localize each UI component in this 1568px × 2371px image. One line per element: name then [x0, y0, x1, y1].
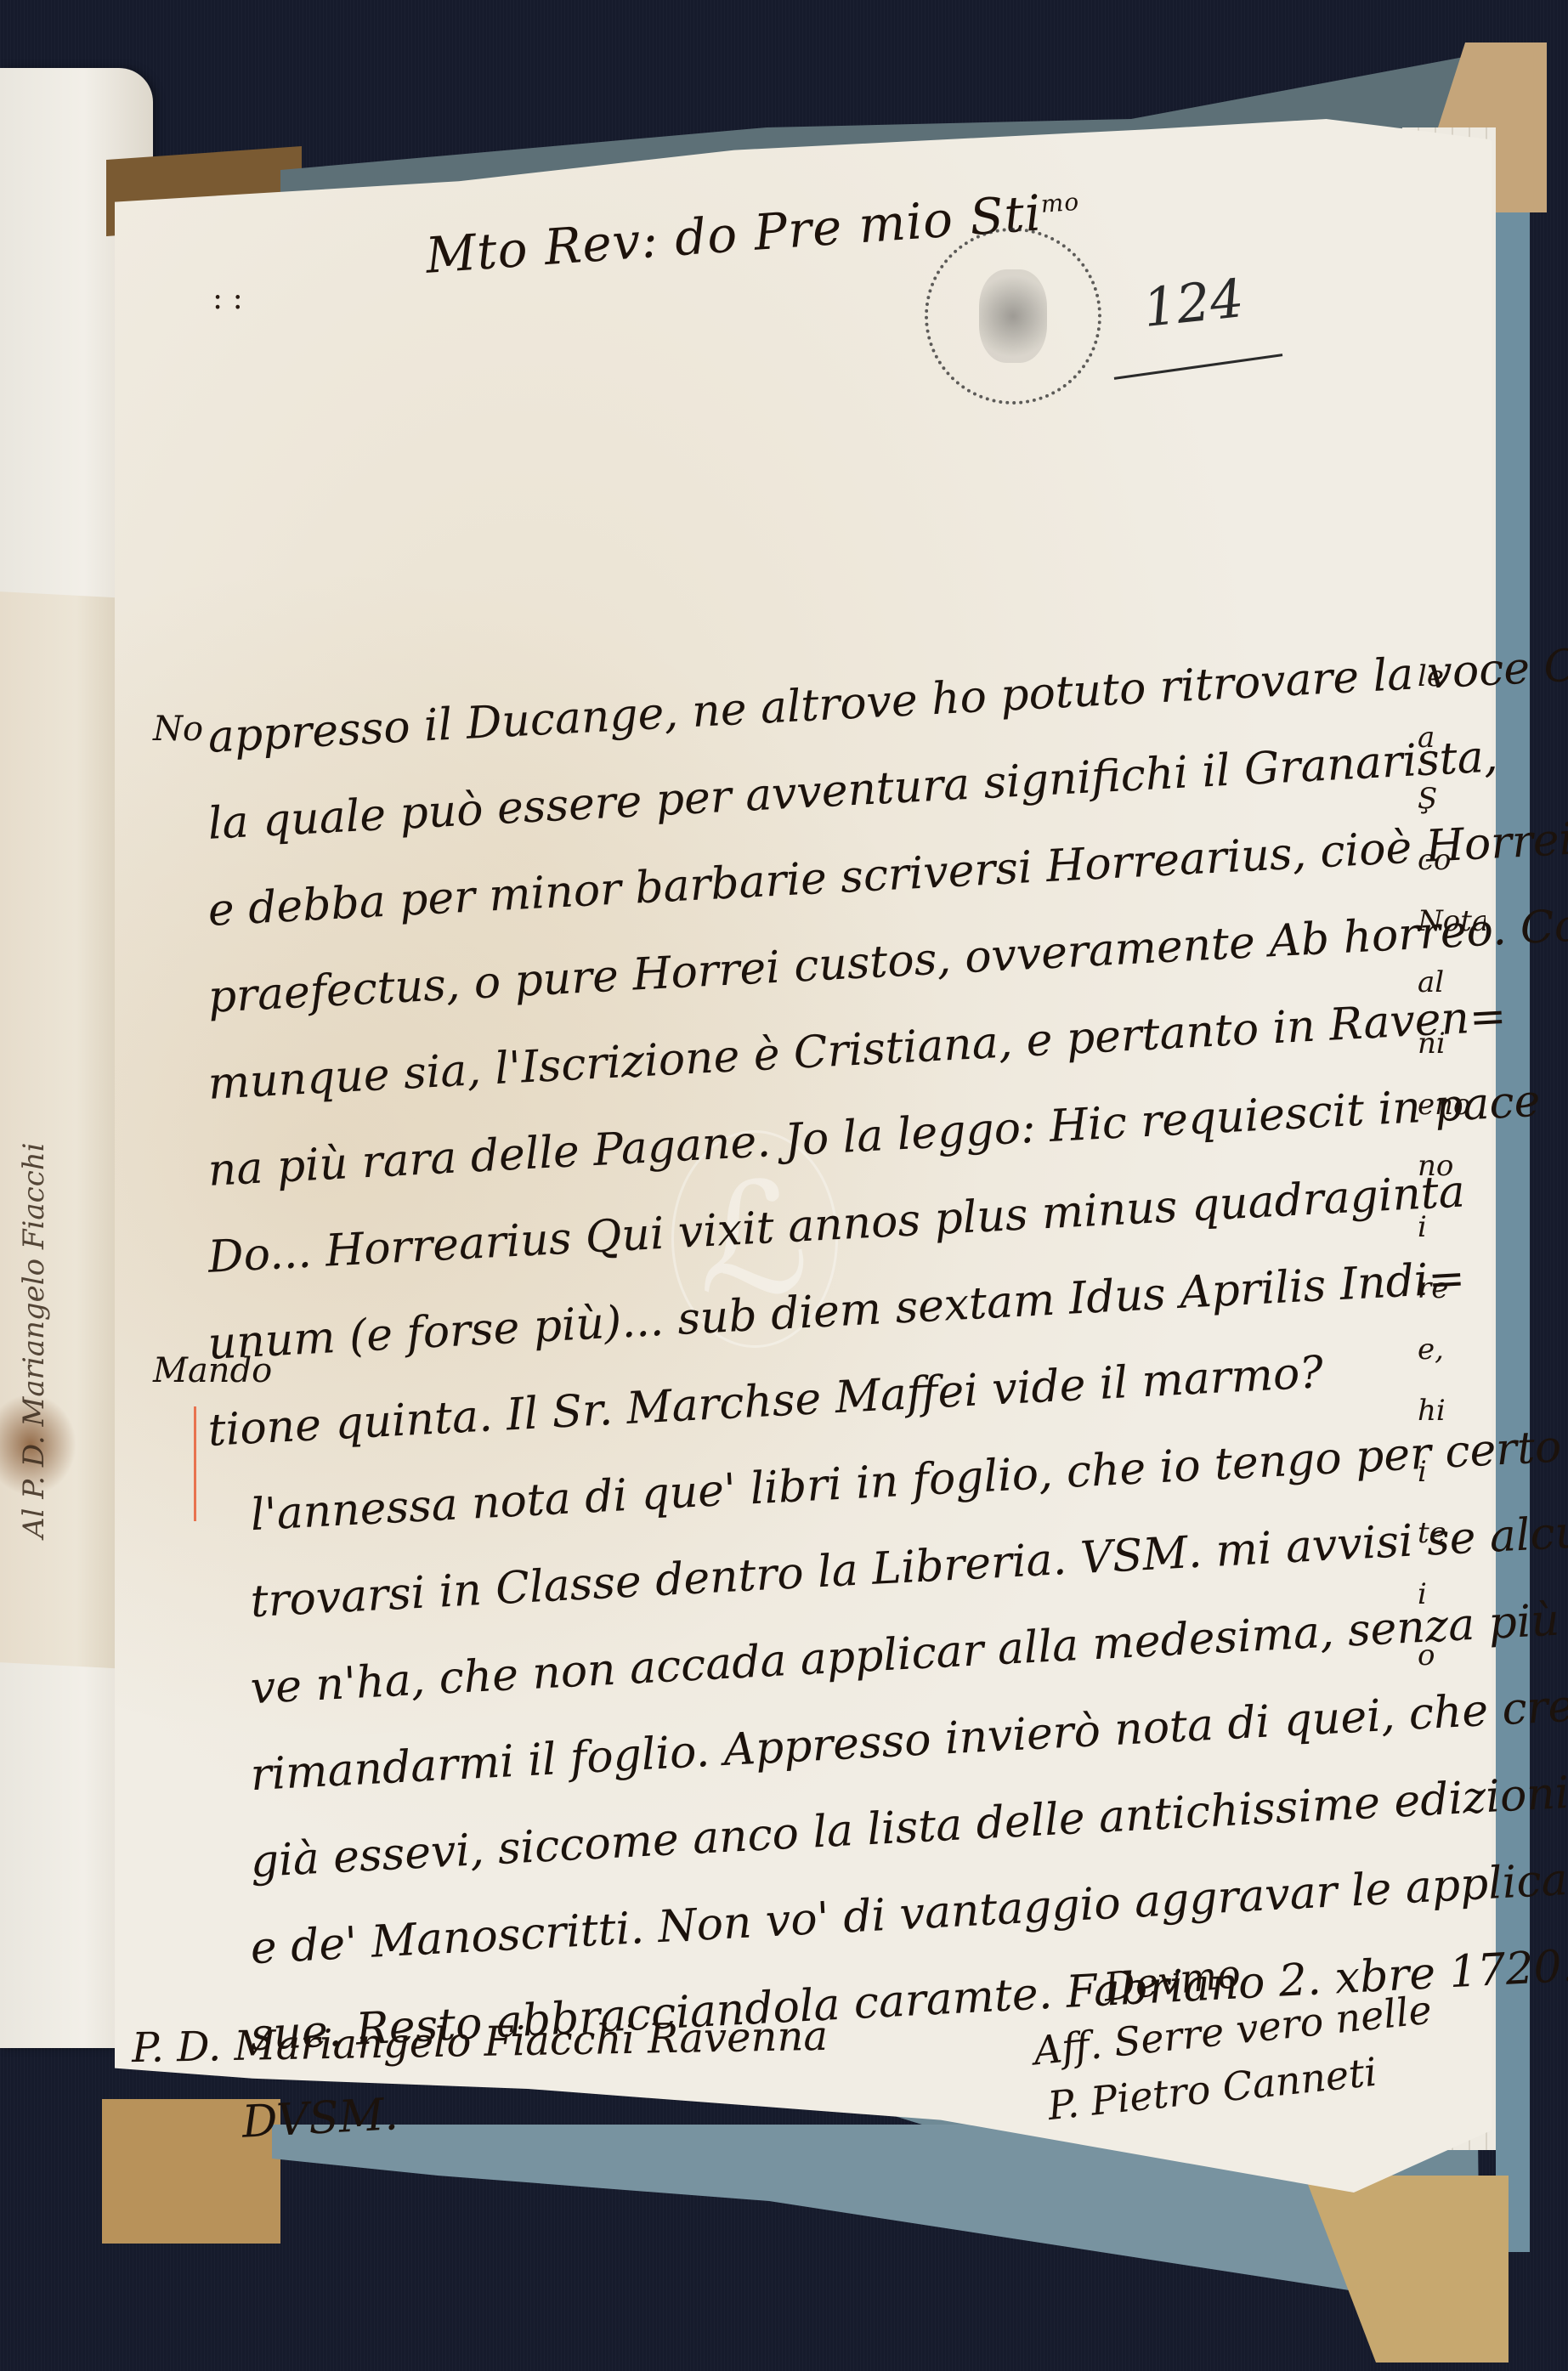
edge-fragment: e, — [1418, 1319, 1486, 1380]
salutation-superscript: mo — [1040, 188, 1081, 218]
margin-marks: : : — [212, 280, 243, 318]
folio-number: 124 — [1141, 267, 1247, 339]
library-stamp-icon — [925, 228, 1101, 405]
backing-sheet-right — [1496, 127, 1530, 2252]
